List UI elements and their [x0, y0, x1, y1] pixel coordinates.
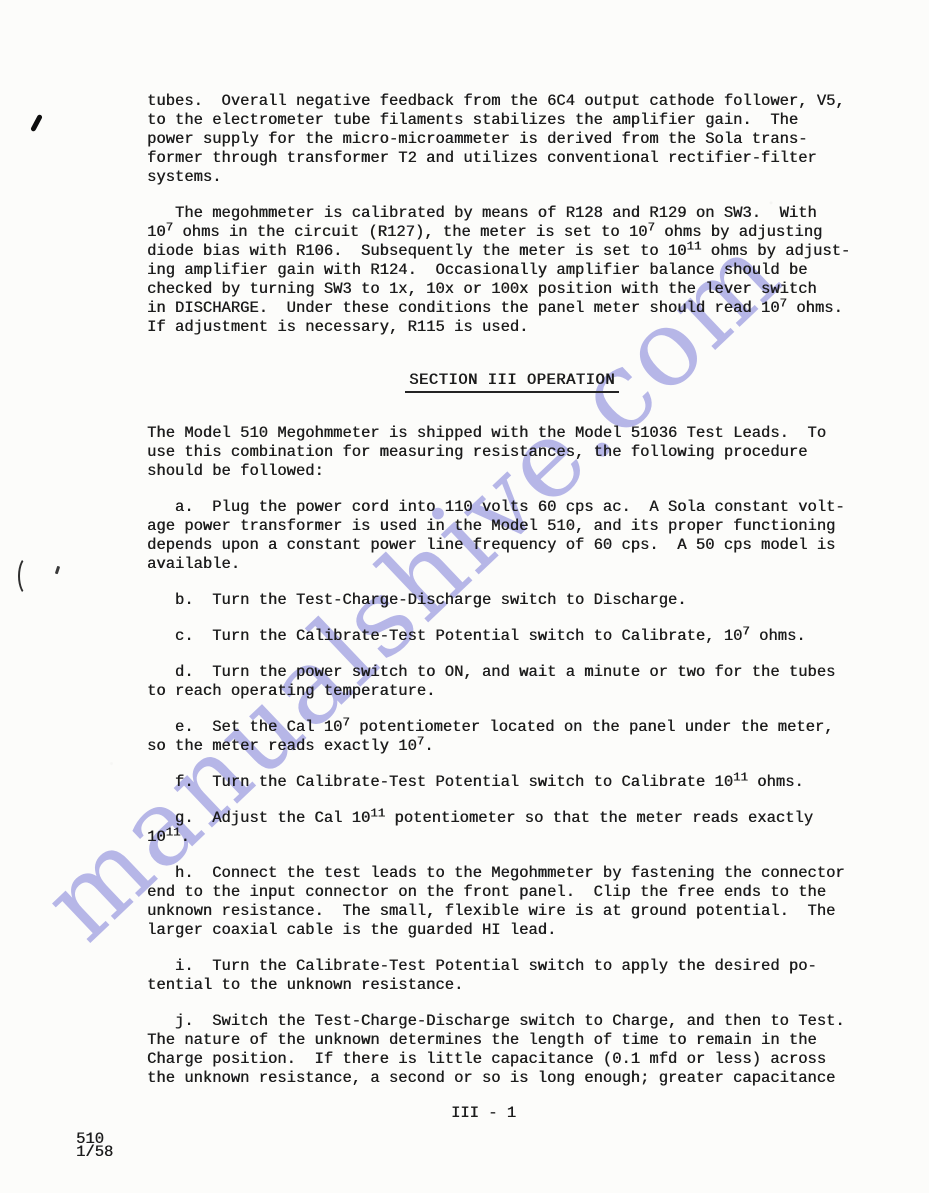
text-line: diode bias with R106. Subsequently the m… — [147, 242, 877, 261]
text-line: available. — [147, 555, 877, 574]
pen-mark-stroke — [30, 114, 43, 132]
pen-mark-tick — [55, 566, 60, 574]
text-line: g. Adjust the Cal 1011 potentiometer so … — [147, 809, 877, 828]
text-line: checked by turning SW3 to 1x, 10x or 100… — [147, 280, 877, 299]
text-line: Charge position. If there is little capa… — [147, 1050, 877, 1069]
scanned-manual-page: manualshive.com tubes. Overall negative … — [0, 0, 929, 1193]
text-line: larger coaxial cable is the guarded HI l… — [147, 921, 877, 940]
text-line: i. Turn the Calibrate-Test Potential swi… — [147, 957, 877, 976]
section-heading-text: SECTION III OPERATION — [405, 371, 619, 393]
text-line: unknown resistance. The small, flexible … — [147, 902, 877, 921]
text-line: b. Turn the Test-Charge-Discharge switch… — [147, 591, 877, 610]
text-line: to reach operating temperature. — [147, 682, 877, 701]
text-line: 107 ohms in the circuit (R127), the mete… — [147, 223, 877, 242]
text-line: h. Connect the test leads to the Megohmm… — [147, 864, 877, 883]
paragraph: a. Plug the power cord into 110 volts 60… — [147, 498, 877, 574]
text-line: in DISCHARGE. Under these conditions the… — [147, 299, 877, 318]
text-line: so the meter reads exactly 107. — [147, 737, 877, 756]
text-line: e. Set the Cal 107 potentiometer located… — [147, 718, 877, 737]
text-line: should be followed: — [147, 462, 877, 481]
text-line: f. Turn the Calibrate-Test Potential swi… — [147, 773, 877, 792]
text-line: end to the input connector on the front … — [147, 883, 877, 902]
text-line: The megohmmeter is calibrated by means o… — [147, 204, 877, 223]
text-line: depends upon a constant power line frequ… — [147, 536, 877, 555]
paragraph: d. Turn the power switch to ON, and wait… — [147, 663, 877, 701]
text-line: age power transformer is used in the Mod… — [147, 517, 877, 536]
paragraph: e. Set the Cal 107 potentiometer located… — [147, 718, 877, 756]
paragraph: j. Switch the Test-Charge-Discharge swit… — [147, 1012, 877, 1088]
paragraph: b. Turn the Test-Charge-Discharge switch… — [147, 591, 877, 610]
paragraph: c. Turn the Calibrate-Test Potential swi… — [147, 627, 877, 646]
paragraph: h. Connect the test leads to the Megohmm… — [147, 864, 877, 940]
text-line: power supply for the micro-microammeter … — [147, 130, 877, 149]
paragraph: g. Adjust the Cal 1011 potentiometer so … — [147, 809, 877, 847]
text-line: former through transformer T2 and utiliz… — [147, 149, 877, 168]
text-line: a. Plug the power cord into 110 volts 60… — [147, 498, 877, 517]
pen-mark-parenthesis — [18, 556, 38, 596]
text-line: j. Switch the Test-Charge-Discharge swit… — [147, 1012, 877, 1031]
text-line: d. Turn the power switch to ON, and wait… — [147, 663, 877, 682]
paragraph: i. Turn the Calibrate-Test Potential swi… — [147, 957, 877, 995]
text-line: systems. — [147, 168, 877, 187]
document-id: 510 1/58 — [76, 1133, 113, 1159]
text-line: use this combination for measuring resis… — [147, 443, 877, 462]
body-text: tubes. Overall negative feedback from th… — [147, 92, 877, 1088]
paragraph: The Model 510 Megohmmeter is shipped wit… — [147, 424, 877, 481]
text-line: If adjustment is necessary, R115 is used… — [147, 318, 877, 337]
text-line: ing amplifier gain with R124. Occasional… — [147, 261, 877, 280]
text-line: tubes. Overall negative feedback from th… — [147, 92, 877, 111]
paragraph: f. Turn the Calibrate-Test Potential swi… — [147, 773, 877, 792]
text-line: 1011. — [147, 828, 877, 847]
document-id-date: 1/58 — [76, 1146, 113, 1159]
text-line: tential to the unknown resistance. — [147, 976, 877, 995]
page-number: III - 1 — [147, 1104, 820, 1123]
text-line: The Model 510 Megohmmeter is shipped wit… — [147, 424, 877, 443]
text-line: The nature of the unknown determines the… — [147, 1031, 877, 1050]
paragraph: The megohmmeter is calibrated by means o… — [147, 204, 877, 337]
text-line: c. Turn the Calibrate-Test Potential swi… — [147, 627, 877, 646]
section-heading: SECTION III OPERATION — [147, 371, 877, 393]
text-line: the unknown resistance, a second or so i… — [147, 1069, 877, 1088]
paragraph: tubes. Overall negative feedback from th… — [147, 92, 877, 187]
text-line: to the electrometer tube filaments stabi… — [147, 111, 877, 130]
